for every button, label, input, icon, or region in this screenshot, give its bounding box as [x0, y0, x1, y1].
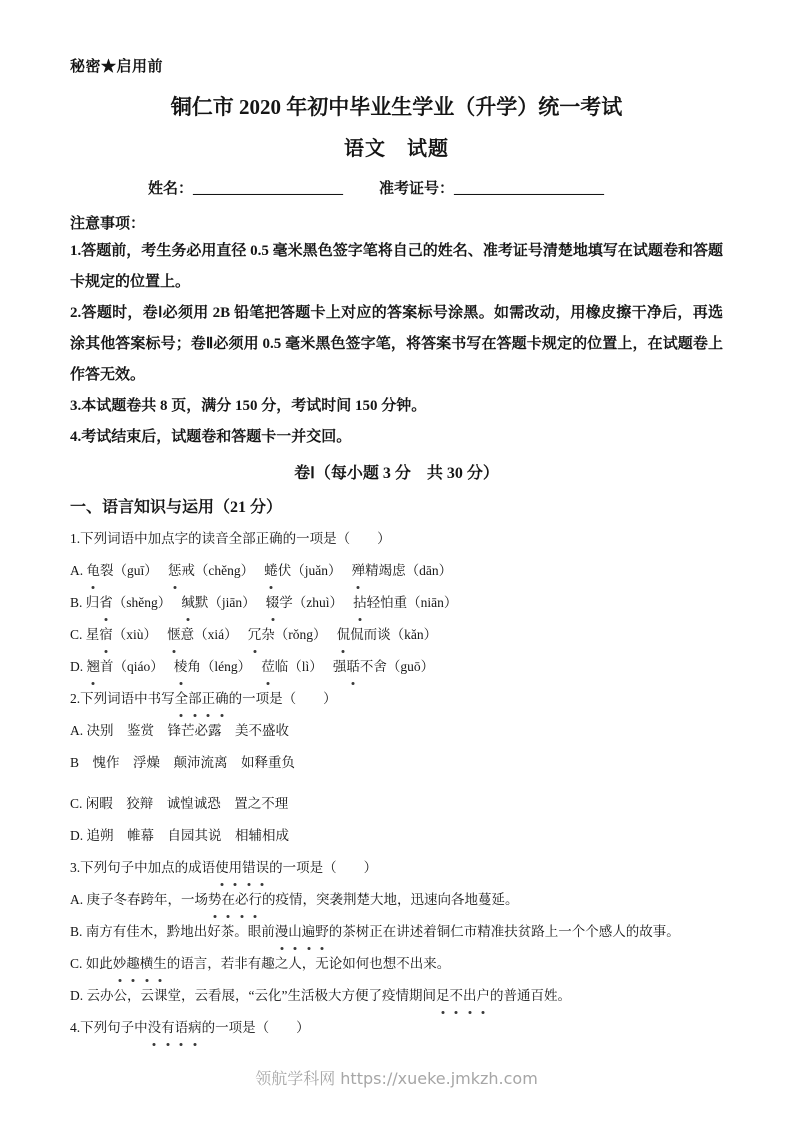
emphasis-dot-char: 缄: [181, 587, 195, 619]
candidate-fields: 姓名：____________________准考证号：____________…: [70, 179, 723, 199]
emphasis-dot-char: 翘: [87, 651, 101, 683]
emphasis-dot-char: 惩: [168, 555, 182, 587]
security-notice: 秘密★启用前: [70, 58, 723, 76]
option-row: B 愧作 浮燥 颠沛流离 如释重负: [70, 747, 723, 779]
emphasis-dot-char: 误: [256, 852, 270, 884]
emphasis-dot-char: 聒: [346, 651, 360, 683]
emphasis-dot-char: 病: [188, 1012, 202, 1044]
emphasis-dot-char: 殚: [352, 555, 366, 587]
emphasis-dot-char: 省: [99, 587, 113, 619]
emphasis-dot-char: 惬: [167, 619, 181, 651]
name-label: 姓名：: [148, 181, 193, 197]
emphasis-dot-char: 出: [463, 980, 477, 1012]
question-stem: 2.下列词语中书写全部正确的一项是（ ）: [70, 683, 723, 715]
emphasis-dot-char: 足: [436, 980, 450, 1012]
notice-item: 2.答题时，卷Ⅰ必须用 2B 铅笔把答题卡上对应的答案标号涂黑。如需改动，用橡皮…: [70, 298, 723, 391]
emphasis-dot-char: 宿: [99, 619, 113, 651]
emphasis-dot-char: 辍: [266, 587, 280, 619]
emphasis-dot-char: 有: [161, 1012, 175, 1044]
option-row: B. 南方有佳木，黔地出好茶。眼前漫山遍野的茶树正在讲述着铜仁市精准扶贫路上一个…: [70, 916, 723, 948]
question-stem: 3.下列句子中加点的成语使用错误的一项是（ ）: [70, 852, 723, 884]
emphasis-dot-char: 必: [235, 884, 249, 916]
emphasis-dot-char: 趣: [126, 948, 140, 980]
emphasis-dot-char: 遍: [302, 916, 316, 948]
emphasis-dot-char: 不: [449, 980, 463, 1012]
emphasis-dot-char: 侃: [337, 619, 351, 651]
option-row: C. 闲暇 狡辩 诚惶诚恐 置之不理: [70, 788, 723, 820]
emphasis-dot-char: 确: [215, 683, 229, 715]
emphasis-dot-char: 漫: [275, 916, 289, 948]
emphasis-dot-char: 拈: [353, 587, 367, 619]
emphasis-dot-char: 正: [202, 683, 216, 715]
option-row: C. 如此妙趣横生的语言，若非有趣之人，无论如何也想不出来。: [70, 948, 723, 980]
notice-item: 4.考试结束后，试题卷和答题卡一并交回。: [70, 422, 723, 453]
option-row: C. 星宿（xiù） 惬意（xiá） 冗杂（rǒng） 侃侃而谈（kǎn）: [70, 619, 723, 651]
emphasis-dot-char: 势: [208, 884, 222, 916]
option-row: D. 追朔 帷幕 自园其说 相辅相成: [70, 820, 723, 852]
ticket-label: 准考证号：: [379, 181, 454, 197]
question-stem: 4.下列句子中没有语病的一项是（ ）: [70, 1012, 723, 1044]
page-content: 秘密★启用前 铜仁市 2020 年初中毕业生学业（升学）统一考试 语文 试题 姓…: [0, 0, 793, 1044]
notice-heading: 注意事项：: [70, 212, 723, 236]
section-heading: 一、语言知识与运用（21 分）: [70, 493, 723, 523]
emphasis-dot-char: 山: [288, 916, 302, 948]
paper-heading: 卷Ⅰ（每小题 3 分 共 30 分）: [70, 459, 723, 489]
emphasis-dot-char: 妙: [113, 948, 127, 980]
emphasis-dot-char: 龟: [87, 555, 101, 587]
emphasis-dot-char: 生: [153, 948, 167, 980]
emphasis-dot-char: 用: [229, 852, 243, 884]
option-row: A. 庚子冬春跨年，一场势在必行的疫情，突袭荆楚大地，迅速向各地蔓延。: [70, 884, 723, 916]
emphasis-dot-char: 棱: [174, 651, 188, 683]
emphasis-dot-char: 蜷: [264, 555, 278, 587]
name-blank-line: ____________________: [193, 181, 343, 197]
ticket-blank-line: ____________________: [454, 181, 604, 197]
notice-item: 1.答题前，考生务必用直径 0.5 毫米黑色签字笔将自己的姓名、准考证号清楚地填…: [70, 236, 723, 298]
emphasis-dot-char: 户: [476, 980, 490, 1012]
emphasis-dot-char: 冗: [248, 619, 262, 651]
emphasis-dot-char: 错: [242, 852, 256, 884]
notice-list: 1.答题前，考生务必用直径 0.5 毫米黑色签字笔将自己的姓名、准考证号清楚地填…: [70, 236, 723, 453]
emphasis-dot-char: 莅: [261, 651, 275, 683]
option-row: D. 云办公，云课堂，云看展，“云化”生活极大方便了疫情期间足不出户的普通百姓。: [70, 980, 723, 1012]
option-row: A. 龟裂（guī） 惩戒（chěng） 蜷伏（juǎn） 殚精竭虑（dān）: [70, 555, 723, 587]
exam-title: 铜仁市 2020 年初中毕业生学业（升学）统一考试: [70, 93, 723, 121]
exam-paper-page: 秘密★启用前 铜仁市 2020 年初中毕业生学业（升学）统一考试 语文 试题 姓…: [0, 0, 793, 1122]
option-row: B. 归省（shěng） 缄默（jiān） 辍学（zhuì） 拈轻怕重（niān…: [70, 587, 723, 619]
questions: 1.下列词语中加点字的读音全部正确的一项是（ ）A. 龟裂（guī） 惩戒（ch…: [70, 523, 723, 1044]
emphasis-dot-char: 横: [140, 948, 154, 980]
emphasis-dot-char: 语: [175, 1012, 189, 1044]
emphasis-dot-char: 行: [249, 884, 263, 916]
emphasis-dot-char: 在: [222, 884, 236, 916]
emphasis-dot-char: 野: [315, 916, 329, 948]
emphasis-dot-char: 没: [148, 1012, 162, 1044]
emphasis-dot-char: 部: [188, 683, 202, 715]
emphasis-dot-char: 全: [175, 683, 189, 715]
notice-item: 3.本试题卷共 8 页，满分 150 分，考试时间 150 分钟。: [70, 391, 723, 422]
question-stem: 1.下列词语中加点字的读音全部正确的一项是（ ）: [70, 523, 723, 555]
option-row: D. 翘首（qiáo） 棱角（léng） 莅临（lì） 强聒不舍（guō）: [70, 651, 723, 683]
option-row: A. 决别 鉴赏 锋芒必露 美不盛收: [70, 715, 723, 747]
emphasis-dot-char: 使: [215, 852, 229, 884]
watermark-footer: 领航学科网 https://xueke.jmkzh.com: [0, 1066, 793, 1089]
subject-title: 语文 试题: [70, 136, 723, 162]
